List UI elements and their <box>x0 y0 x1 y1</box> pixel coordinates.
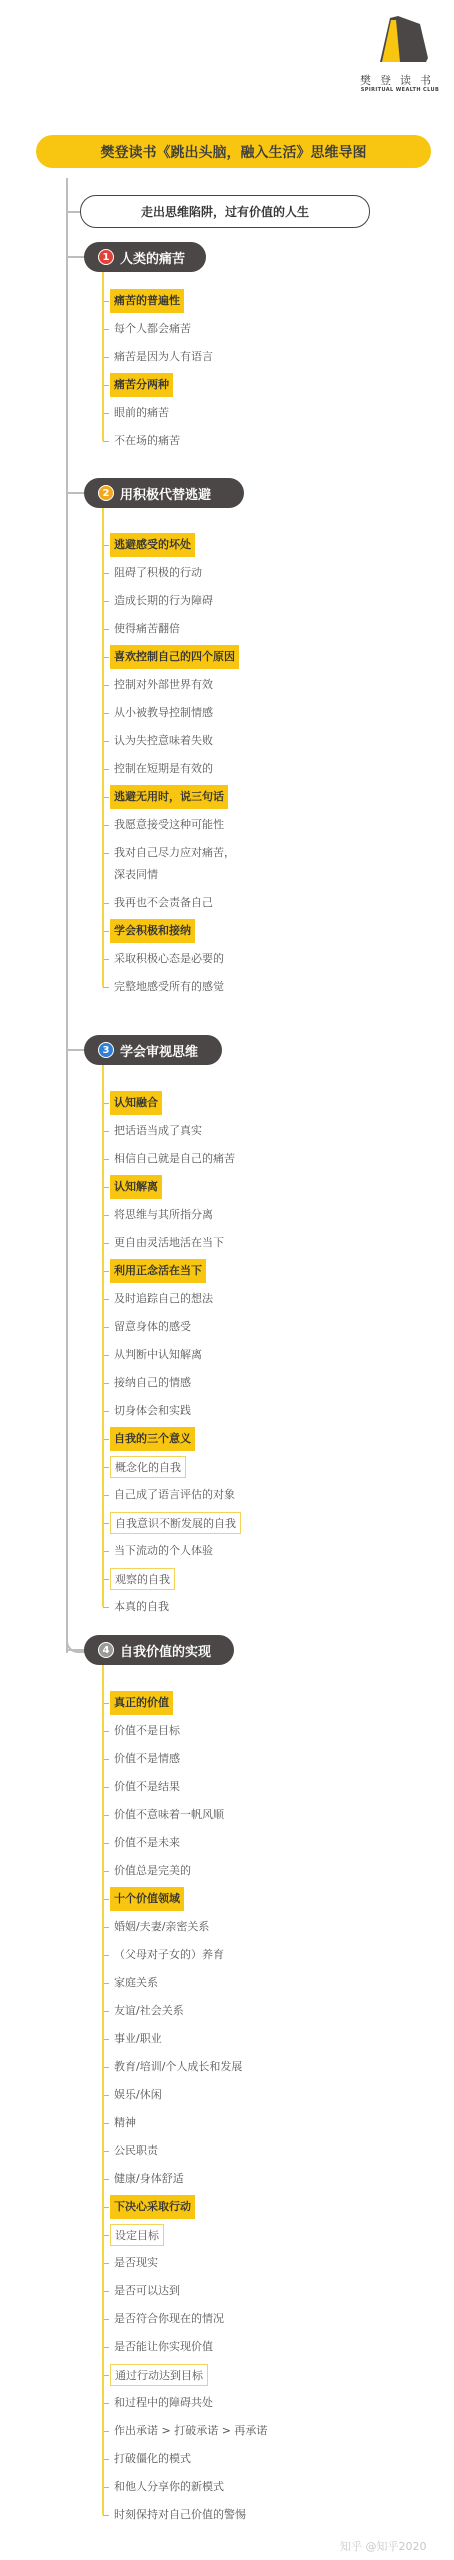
subtopic-node[interactable]: 价值不是未来 <box>110 1832 184 1854</box>
node-text: 我愿意接受这种可能性 <box>110 814 228 836</box>
subtopic-node[interactable]: 及时追踪自己的想法 <box>110 1288 217 1310</box>
subtopic-node[interactable]: 设定目标 <box>110 2224 164 2246</box>
subtopic-node[interactable]: 自己成了语言评估的对象 <box>110 1484 239 1506</box>
subtopic-node[interactable]: 使得痛苦翻倍 <box>110 618 184 640</box>
logo-name-cn: 樊登读书 <box>360 72 440 88</box>
node-text: 时刻保持对自己价值的警惕 <box>110 2504 250 2526</box>
branch-line <box>102 1065 104 1607</box>
subtopic-node[interactable]: 当下流动的个人体验 <box>110 1540 217 1562</box>
subtitle-text: 走出思维陷阱，过有价值的人生 <box>141 203 309 220</box>
node-text: 痛苦的普遍性 <box>110 289 184 313</box>
node-text: 控制对外部世界有效 <box>110 674 217 696</box>
section-label: 自我价值的实现 <box>120 1641 211 1660</box>
node-text: 真正的价值 <box>110 1691 173 1715</box>
subtopic-node[interactable]: 把话语当成了真实 <box>110 1120 206 1142</box>
subtopic-node[interactable]: 和他人分享你的新模式 <box>110 2476 228 2498</box>
subtopic-node[interactable]: 是否现实 <box>110 2252 162 2274</box>
subtopic-node[interactable]: 完整地感受所有的感觉 <box>110 976 228 998</box>
number-badge-icon: 1 <box>98 249 114 265</box>
subtopic-node[interactable]: 价值不是情感 <box>110 1748 184 1770</box>
subtopic-node[interactable]: 公民职责 <box>110 2140 162 2162</box>
node-text: 更自由灵活地活在当下 <box>110 1232 228 1254</box>
subtopic-node[interactable]: 将思维与其所指分离 <box>110 1204 217 1226</box>
number-badge-icon: 4 <box>98 1642 114 1658</box>
subtopic-node[interactable]: 我愿意接受这种可能性 <box>110 814 228 836</box>
branch-tick <box>103 441 109 442</box>
subtopic-node[interactable]: 婚姻/夫妻/亲密关系 <box>110 1916 213 1938</box>
subtopic-node[interactable]: 价值总是完美的 <box>110 1860 195 1882</box>
subtopic-node[interactable]: 留意身体的感受 <box>110 1316 195 1338</box>
topic-node[interactable]: 认知解离 <box>110 1176 162 1198</box>
subtopic-node[interactable]: 健康/身体舒适 <box>110 2168 188 2190</box>
connector <box>66 256 86 258</box>
node-text: 利用正念活在当下 <box>110 1259 206 1283</box>
node-text: 是否现实 <box>110 2252 162 2274</box>
node-text: 将思维与其所指分离 <box>110 1204 217 1226</box>
subtopic-node[interactable]: 价值不是结果 <box>110 1776 184 1798</box>
node-text: 价值总是完美的 <box>110 1860 195 1882</box>
node-text: 观察的自我 <box>110 1568 175 1590</box>
node-text: 价值不是目标 <box>110 1720 184 1742</box>
subtopic-node[interactable]: 是否符合你现在的情况 <box>110 2308 228 2330</box>
node-text: 通过行动达到目标 <box>110 2364 208 2386</box>
node-text: 完整地感受所有的感觉 <box>110 976 228 998</box>
node-text: （父母对子女的）养育 <box>110 1944 228 1966</box>
topic-node[interactable]: 逃避感受的坏处 <box>110 534 195 556</box>
node-text: 我对自己尽力应对痛苦， <box>110 842 239 864</box>
subtopic-node[interactable]: 接纳自己的情感 <box>110 1372 195 1394</box>
node-text: 喜欢控制自己的四个原因 <box>110 645 239 669</box>
node-text: 当下流动的个人体验 <box>110 1540 217 1562</box>
node-text: 本真的自我 <box>110 1596 173 1618</box>
subtopic-node[interactable]: 本真的自我 <box>110 1596 173 1618</box>
main-trunk-line <box>66 178 68 1653</box>
subtopic-node[interactable]: 我对自己尽力应对痛苦， <box>110 842 239 864</box>
node-text: 概念化的自我 <box>110 1456 186 1478</box>
node-text: 是否能让你实现价值 <box>110 2336 217 2358</box>
subtopic-node[interactable]: 和过程中的障碍共处 <box>110 2392 217 2414</box>
mindmap-title: 樊登读书《跳出头脑，融入生活》思维导图 <box>36 135 431 168</box>
topic-node[interactable]: 逃避无用时，说三句话 <box>110 786 228 808</box>
subtopic-node[interactable]: 是否可以达到 <box>110 2280 184 2302</box>
subtopic-node[interactable]: 采取积极心态是必要的 <box>110 948 228 970</box>
subtopic-node[interactable]: 造成长期的行为障碍 <box>110 590 217 612</box>
node-text: 学会积极和接纳 <box>110 919 195 943</box>
node-text: 及时追踪自己的想法 <box>110 1288 217 1310</box>
node-text: 教育/培训/个人成长和发展 <box>110 2056 246 2078</box>
branch-tick <box>103 987 109 988</box>
section-label: 人类的痛苦 <box>120 248 185 267</box>
subtitle-node[interactable]: 走出思维陷阱，过有价值的人生 <box>80 195 370 228</box>
subtopic-node[interactable]: 认为失控意味着失败 <box>110 730 217 752</box>
node-text: 十个价值领域 <box>110 1887 184 1911</box>
section-label: 用积极代替逃避 <box>120 484 211 503</box>
number-badge-icon: 3 <box>98 1042 114 1058</box>
subtopic-node[interactable]: 是否能让你实现价值 <box>110 2336 217 2358</box>
connector <box>66 1049 86 1051</box>
node-text: 事业/职业 <box>110 2028 166 2050</box>
branch-line <box>102 1665 104 2515</box>
node-text: 切身体会和实践 <box>110 1400 195 1422</box>
node-text: 是否符合你现在的情况 <box>110 2308 228 2330</box>
node-text: 深表同情 <box>110 864 162 886</box>
node-text: 公民职责 <box>110 2140 162 2162</box>
node-text: 痛苦是因为人有语言 <box>110 346 217 368</box>
watermark: 知乎 @知乎2020 <box>340 2538 427 2554</box>
subtopic-node[interactable]: 不在场的痛苦 <box>110 430 184 452</box>
subtopic-node[interactable]: 作出承诺 > 打破承诺 > 再承诺 <box>110 2420 271 2442</box>
subtopic-node[interactable]: 家庭关系 <box>110 1972 162 1994</box>
node-text: 婚姻/夫妻/亲密关系 <box>110 1916 213 1938</box>
subtopic-node[interactable]: 教育/培训/个人成长和发展 <box>110 2056 246 2078</box>
connector <box>66 211 80 213</box>
node-text: 健康/身体舒适 <box>110 2168 188 2190</box>
subtopic-node[interactable]: 自我意识不断发展的自我 <box>110 1512 241 1534</box>
subtopic-node[interactable]: 事业/职业 <box>110 2028 166 2050</box>
subtopic-node[interactable]: 相信自己就是自己的痛苦 <box>110 1148 239 1170</box>
topic-node[interactable]: 喜欢控制自己的四个原因 <box>110 646 239 668</box>
topic-node[interactable]: 自我的三个意义 <box>110 1428 195 1450</box>
section-node-3[interactable]: 3学会审视思维 <box>84 1035 222 1065</box>
subtopic-node[interactable]: 打破僵化的模式 <box>110 2448 195 2470</box>
node-text: 自我意识不断发展的自我 <box>110 1512 241 1534</box>
topic-node[interactable]: 真正的价值 <box>110 1692 173 1714</box>
node-text: 自我的三个意义 <box>110 1427 195 1451</box>
subtopic-node[interactable]: 我再也不会责备自己 <box>110 892 217 914</box>
connector <box>66 1649 86 1651</box>
branch-line <box>102 508 104 987</box>
node-text: 认知融合 <box>110 1091 162 1115</box>
node-text: 设定目标 <box>110 2224 164 2246</box>
node-text: 留意身体的感受 <box>110 1316 195 1338</box>
subtopic-node[interactable]: 娱乐/休闲 <box>110 2084 166 2106</box>
section-label: 学会审视思维 <box>120 1041 198 1060</box>
subtopic-node[interactable]: 眼前的痛苦 <box>110 402 173 424</box>
node-text: 阻碍了积极的行动 <box>110 562 206 584</box>
node-text: 采取积极心态是必要的 <box>110 948 228 970</box>
subtopic-node[interactable]: （父母对子女的）养育 <box>110 1944 228 1966</box>
section-node-4[interactable]: 4自我价值的实现 <box>84 1635 234 1665</box>
node-text: 相信自己就是自己的痛苦 <box>110 1148 239 1170</box>
branch-line <box>102 272 104 441</box>
tent-logo-icon <box>372 12 428 64</box>
topic-node[interactable]: 学会积极和接纳 <box>110 920 195 942</box>
node-text: 价值不是情感 <box>110 1748 184 1770</box>
node-text: 逃避感受的坏处 <box>110 533 195 557</box>
node-text: 价值不是未来 <box>110 1832 184 1854</box>
subtopic-node[interactable]: 时刻保持对自己价值的警惕 <box>110 2504 250 2526</box>
number-badge-icon: 2 <box>98 485 114 501</box>
node-text: 下决心采取行动 <box>110 2195 195 2219</box>
node-text: 眼前的痛苦 <box>110 402 173 424</box>
node-text: 每个人都会痛苦 <box>110 318 195 340</box>
subtopic-node[interactable]: 价值不意味着一帆风顺 <box>110 1804 228 1826</box>
subtopic-node[interactable]: 从判断中认知解离 <box>110 1344 206 1366</box>
subtopic-node[interactable]: 概念化的自我 <box>110 1456 186 1478</box>
node-text: 价值不是结果 <box>110 1776 184 1798</box>
node-text: 从判断中认知解离 <box>110 1344 206 1366</box>
subtopic-node[interactable]: 阻碍了积极的行动 <box>110 562 206 584</box>
title-text: 樊登读书《跳出头脑，融入生活》思维导图 <box>101 142 367 162</box>
subtopic-node[interactable]: 更自由灵活地活在当下 <box>110 1232 228 1254</box>
topic-node[interactable]: 认知融合 <box>110 1092 162 1114</box>
node-text: 精神 <box>110 2112 140 2134</box>
subtopic-node[interactable]: 切身体会和实践 <box>110 1400 195 1422</box>
node-text: 作出承诺 > 打破承诺 > 再承诺 <box>110 2420 271 2442</box>
node-text: 痛苦分两种 <box>110 373 173 397</box>
node-text: 把话语当成了真实 <box>110 1120 206 1142</box>
branch-tick <box>103 1607 109 1608</box>
connector <box>66 492 86 494</box>
topic-node[interactable]: 下决心采取行动 <box>110 2196 195 2218</box>
node-text: 造成长期的行为障碍 <box>110 590 217 612</box>
subtopic-node[interactable]: 价值不是目标 <box>110 1720 184 1742</box>
node-text: 娱乐/休闲 <box>110 2084 166 2106</box>
node-text: 从小被教导控制情感 <box>110 702 217 724</box>
subtopic-node[interactable]: 精神 <box>110 2112 140 2134</box>
node-text: 友谊/社会关系 <box>110 2000 188 2022</box>
section-node-2[interactable]: 2用积极代替逃避 <box>84 478 244 508</box>
subtopic-node[interactable]: 观察的自我 <box>110 1568 175 1590</box>
topic-node[interactable]: 十个价值领域 <box>110 1888 184 1910</box>
node-text: 认为失控意味着失败 <box>110 730 217 752</box>
node-text: 自己成了语言评估的对象 <box>110 1484 239 1506</box>
subtopic-node[interactable]: 痛苦是因为人有语言 <box>110 346 217 368</box>
topic-node[interactable]: 痛苦的普遍性 <box>110 290 184 312</box>
subtopic-node[interactable]: 通过行动达到目标 <box>110 2364 208 2386</box>
subtopic-node[interactable]: 控制在短期是有效的 <box>110 758 217 780</box>
branch-tick <box>103 2515 109 2516</box>
subtopic-node-continuation: 深表同情 <box>110 864 162 886</box>
node-text: 和过程中的障碍共处 <box>110 2392 217 2414</box>
node-text: 是否可以达到 <box>110 2280 184 2302</box>
subtopic-node[interactable]: 友谊/社会关系 <box>110 2000 188 2022</box>
node-text: 打破僵化的模式 <box>110 2448 195 2470</box>
subtopic-node[interactable]: 每个人都会痛苦 <box>110 318 195 340</box>
node-text: 逃避无用时，说三句话 <box>110 785 228 809</box>
topic-node[interactable]: 痛苦分两种 <box>110 374 173 396</box>
node-text: 接纳自己的情感 <box>110 1372 195 1394</box>
node-text: 使得痛苦翻倍 <box>110 618 184 640</box>
node-text: 和他人分享你的新模式 <box>110 2476 228 2498</box>
node-text: 不在场的痛苦 <box>110 430 184 452</box>
section-node-1[interactable]: 1人类的痛苦 <box>84 242 206 272</box>
node-text: 认知解离 <box>110 1175 162 1199</box>
node-text: 控制在短期是有效的 <box>110 758 217 780</box>
brand-logo: 樊登读书 SPIRITUAL WEALTH CLUB <box>360 12 440 92</box>
logo-name-en: SPIRITUAL WEALTH CLUB <box>360 87 440 93</box>
node-text: 我再也不会责备自己 <box>110 892 217 914</box>
node-text: 家庭关系 <box>110 1972 162 1994</box>
node-text: 价值不意味着一帆风顺 <box>110 1804 228 1826</box>
subtopic-node[interactable]: 从小被教导控制情感 <box>110 702 217 724</box>
topic-node[interactable]: 利用正念活在当下 <box>110 1260 206 1282</box>
subtopic-node[interactable]: 控制对外部世界有效 <box>110 674 217 696</box>
